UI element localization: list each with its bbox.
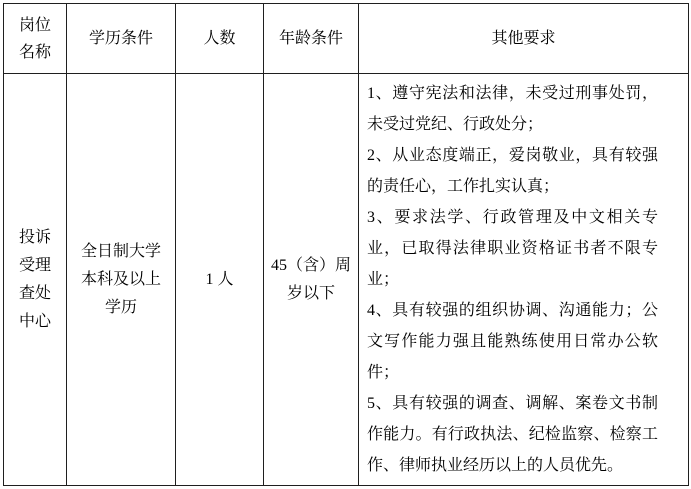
requirement-item-5: 5、具有较强的调查、调解、案卷文书制作能力。有行政执法、纪检监察、检察工作、律师… xyxy=(367,388,658,481)
header-position-name: 岗位名称 xyxy=(4,4,67,74)
cell-education-requirement: 全日制大学本科及以上学历 xyxy=(67,74,176,486)
header-headcount: 人数 xyxy=(176,4,264,74)
table-data-row: 投诉受理查处中心 全日制大学本科及以上学历 1 人 45（含）周岁以下 1、遵守… xyxy=(4,74,689,486)
cell-age-requirement: 45（含）周岁以下 xyxy=(264,74,359,486)
requirement-item-4: 4、具有较强的组织协调、沟通能力；公文写作能力强且能熟练使用日常办公软件； xyxy=(367,295,658,388)
table-header-row: 岗位名称 学历条件 人数 年龄条件 其他要求 xyxy=(4,4,689,74)
cell-position-name: 投诉受理查处中心 xyxy=(4,74,67,486)
cell-headcount: 1 人 xyxy=(176,74,264,486)
header-other-requirements: 其他要求 xyxy=(359,4,689,74)
recruitment-notice-page: 岗位名称 学历条件 人数 年龄条件 其他要求 投诉受理查处中心 全日制大学本科及… xyxy=(3,3,689,486)
cell-other-requirements: 1、遵守宪法和法律，未受过刑事处罚，未受过党纪、行政处分； 2、从业态度端正，爱… xyxy=(359,74,689,486)
requirement-item-2: 2、从业态度端正，爱岗敬业，具有较强的责任心，工作扎实认真； xyxy=(367,140,658,202)
header-age-requirement: 年龄条件 xyxy=(264,4,359,74)
requirement-item-1: 1、遵守宪法和法律，未受过刑事处罚，未受过党纪、行政处分； xyxy=(367,78,658,140)
recruitment-requirements-table: 岗位名称 学历条件 人数 年龄条件 其他要求 投诉受理查处中心 全日制大学本科及… xyxy=(3,3,689,486)
requirement-item-3: 3、要求法学、行政管理及中文相关专业，已取得法律职业资格证书者不限专业； xyxy=(367,202,658,295)
header-education-requirement: 学历条件 xyxy=(67,4,176,74)
